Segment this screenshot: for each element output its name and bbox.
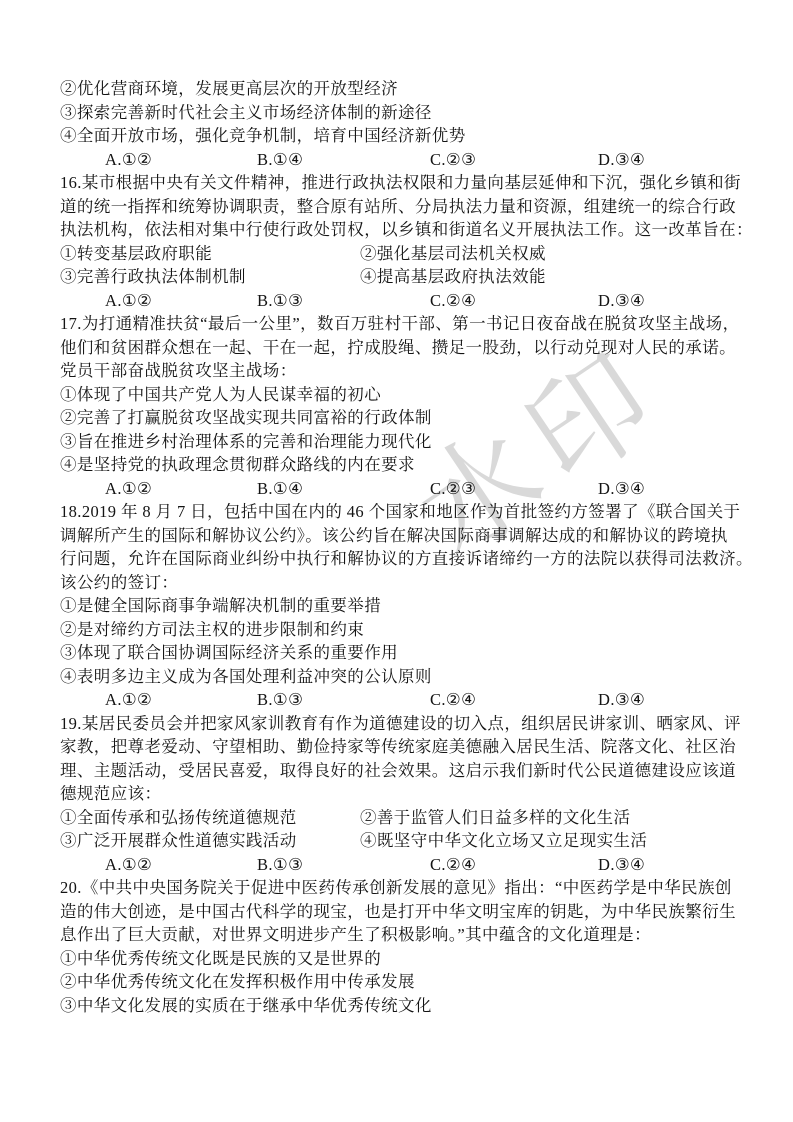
q19-option-4: ④既坚守中华文化立场又立足现实生活: [360, 831, 647, 850]
q16-option-row: ③完善行政执法体制机制④提高基层政府执法效能: [60, 265, 738, 289]
q18-option-line: ①是健全国际商事争端解决机制的重要举措: [60, 594, 738, 618]
q16-answer-c: C.②④: [430, 289, 598, 313]
q19-answer-row: A.①②B.①③C.②④D.③④: [60, 853, 738, 877]
q18-stem-line: 行问题，允许在国际商业纠纷中执行和解协议的方直接诉诸缔约一方的法院以获得司法救济…: [60, 547, 738, 571]
q19-option-3: ③广泛开展群众性道德实践活动: [60, 829, 360, 853]
q19-stem-line: 德规范应该：: [60, 782, 738, 806]
q16-option-3: ③完善行政执法体制机制: [60, 265, 360, 289]
q16-answer-d: D.③④: [598, 289, 645, 313]
q17-stem-line: 17.为打通精准扶贫“最后一公里”，数百万驻村干部、第一书记日夜奋战在脱贫攻坚主…: [60, 312, 738, 336]
q19-answer-c: C.②④: [430, 853, 598, 877]
q19-stem-line: 理、主题活动，受居民喜爱，取得良好的社会效果。这启示我们新时代公民道德建设应该道: [60, 759, 738, 783]
q18-answer-d: D.③④: [598, 688, 645, 712]
q20-option-line: ③中华文化发展的实质在于继承中华优秀传统文化: [60, 994, 738, 1018]
q15-answer-a: A.①②: [105, 148, 257, 172]
q16-option-4: ④提高基层政府执法效能: [360, 267, 546, 286]
q15-option-line: ③探索完善新时代社会主义市场经济体制的新途径: [60, 101, 738, 125]
q15-answer-c: C.②③: [430, 148, 598, 172]
q18-option-line: ④表明多边主义成为各国处理利益冲突的公认原则: [60, 665, 738, 689]
q20-stem-line: 20.《中共中央国务院关于促进中医药传承创新发展的意见》指出：“中医药学是中华民…: [60, 876, 738, 900]
q16-stem-line: 执法机构，依法相对集中行使行政处罚权，以乡镇和街道名义开展执法工作。这一改革旨在…: [60, 218, 738, 242]
q17-answer-d: D.③④: [598, 477, 645, 501]
q18-option-line: ②是对缔约方司法主权的进步限制和约束: [60, 618, 738, 642]
q16-answer-row: A.①②B.①③C.②④D.③④: [60, 289, 738, 313]
q17-answer-row: A.①②B.①④C.②③D.③④: [60, 477, 738, 501]
q16-option-row: ①转变基层政府职能②强化基层司法机关权威: [60, 242, 738, 266]
q17-answer-b: B.①④: [257, 477, 430, 501]
q17-option-line: ③旨在推进乡村治理体系的完善和治理能力现代化: [60, 430, 738, 454]
q18-stem-line: 该公约的签订：: [60, 571, 738, 595]
q16-option-1: ①转变基层政府职能: [60, 242, 360, 266]
q19-stem-line: 19.某居民委员会并把家风家训教育有作为道德建设的切入点，组织居民讲家训、晒家风…: [60, 712, 738, 736]
q19-option-2: ②善于监管人们日益多样的文化生活: [360, 808, 630, 827]
q18-answer-c: C.②④: [430, 688, 598, 712]
q18-answer-a: A.①②: [105, 688, 257, 712]
q20-option-line: ②中华优秀传统文化在发挥积极作用中传承发展: [60, 970, 738, 994]
q19-option-1: ①全面传承和弘扬传统道德规范: [60, 806, 360, 830]
q16-stem-line: 道的统一指挥和统筹协调职责，整合原有站所、分局执法力量和资源，组建统一的综合行政: [60, 195, 738, 219]
q20-stem-line: 造的伟大创迹，是中国古代科学的现宝，也是打开中华文明宝库的钥匙，为中华民族繁衍生: [60, 900, 738, 924]
q17-stem-line: 党员干部奋战脱贫攻坚主战场：: [60, 359, 738, 383]
q15-answer-d: D.③④: [598, 148, 645, 172]
q18-stem-line: 18.2019 年 8 月 7 日，包括中国在内的 46 个国家和地区作为首批签…: [60, 500, 738, 524]
q16-answer-a: A.①②: [105, 289, 257, 313]
q17-answer-c: C.②③: [430, 477, 598, 501]
q19-answer-b: B.①③: [257, 853, 430, 877]
q18-option-line: ③体现了联合国协调国际经济关系的重要作用: [60, 641, 738, 665]
q18-answer-b: B.①③: [257, 688, 430, 712]
q19-option-row: ③广泛开展群众性道德实践活动④既坚守中华文化立场又立足现实生活: [60, 829, 738, 853]
q19-answer-a: A.①②: [105, 853, 257, 877]
q20-option-line: ①中华优秀传统文化既是民族的又是世界的: [60, 947, 738, 971]
q15-option-line: ②优化营商环境，发展更高层次的开放型经济: [60, 77, 738, 101]
q17-answer-a: A.①②: [105, 477, 257, 501]
q17-option-line: ②完善了打赢脱贫攻坚战实现共同富裕的行政体制: [60, 406, 738, 430]
q16-stem-line: 16.某市根据中央有关文件精神，推进行政执法权限和力量向基层延伸和下沉，强化乡镇…: [60, 171, 738, 195]
q19-option-row: ①全面传承和弘扬传统道德规范②善于监管人们日益多样的文化生活: [60, 806, 738, 830]
q17-option-line: ④是坚持党的执政理念贯彻群众路线的内在要求: [60, 453, 738, 477]
q16-option-2: ②强化基层司法机关权威: [360, 244, 546, 263]
q17-option-line: ①体现了中国共产党人为人民谋幸福的初心: [60, 383, 738, 407]
q16-answer-b: B.①③: [257, 289, 430, 313]
q17-stem-line: 他们和贫困群众想在一起、干在一起，拧成股绳、攒足一股劲，以行动兑现对人民的承诺。: [60, 336, 738, 360]
exam-paper-page: 水印 ②优化营商环境，发展更高层次的开放型经济 ③探索完善新时代社会主义市场经济…: [0, 0, 793, 1122]
q15-answer-b: B.①④: [257, 148, 430, 172]
exam-content: ②优化营商环境，发展更高层次的开放型经济 ③探索完善新时代社会主义市场经济体制的…: [60, 77, 738, 1017]
q18-stem-line: 调解所产生的国际和解协议公约》。该公约旨在解决国际商事调解达成的和解协议的跨境执: [60, 524, 738, 548]
q18-answer-row: A.①②B.①③C.②④D.③④: [60, 688, 738, 712]
q15-option-line: ④全面开放市场，强化竞争机制，培育中国经济新优势: [60, 124, 738, 148]
q20-stem-line: 息作出了巨大贡献，对世界文明进步产生了积极影响。”其中蕴含的文化道理是：: [60, 923, 738, 947]
q19-stem-line: 家教，把尊老爱动、守望相助、勤俭持家等传统家庭美德融入居民生活、院落文化、社区治: [60, 735, 738, 759]
q15-answer-row: A.①②B.①④C.②③D.③④: [60, 148, 738, 172]
q19-answer-d: D.③④: [598, 853, 645, 877]
